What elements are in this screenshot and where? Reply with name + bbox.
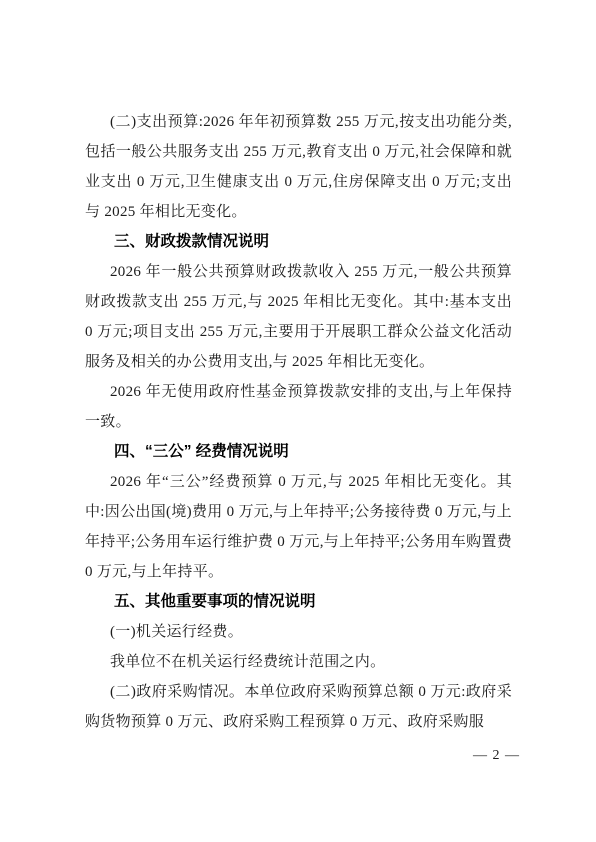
heading-three-public-funds: 四、“三公” 经费情况说明 [85, 437, 512, 467]
paragraph-three-public-funds: 2026 年“三公”经费预算 0 万元,与 2025 年相比无变化。其中:因公出… [85, 467, 512, 587]
page-number: — 2 — [473, 748, 520, 764]
paragraph-agency-operating-title: (一)机关运行经费。 [85, 617, 512, 647]
paragraph-fiscal-appropriation: 2026 年一般公共预算财政拨款收入 255 万元,一般公共预算财政拨款支出 2… [85, 257, 512, 377]
heading-other-important-matters: 五、其他重要事项的情况说明 [85, 587, 512, 617]
paragraph-government-procurement: (二)政府采购情况。本单位政府采购预算总额 0 万元:政府采购货物预算 0 万元… [85, 677, 512, 737]
document-body: (二)支出预算:2026 年年初预算数 255 万元,按支出功能分类,包括一般公… [85, 107, 512, 737]
heading-fiscal-appropriation: 三、财政拨款情况说明 [85, 227, 512, 257]
paragraph-government-fund: 2026 年无使用政府性基金预算拨款安排的支出,与上年保持一致。 [85, 377, 512, 437]
document-page: (二)支出预算:2026 年年初预算数 255 万元,按支出功能分类,包括一般公… [0, 0, 596, 842]
paragraph-agency-operating-body: 我单位不在机关运行经费统计范围之内。 [85, 647, 512, 677]
paragraph-expenditure-budget: (二)支出预算:2026 年年初预算数 255 万元,按支出功能分类,包括一般公… [85, 107, 512, 227]
